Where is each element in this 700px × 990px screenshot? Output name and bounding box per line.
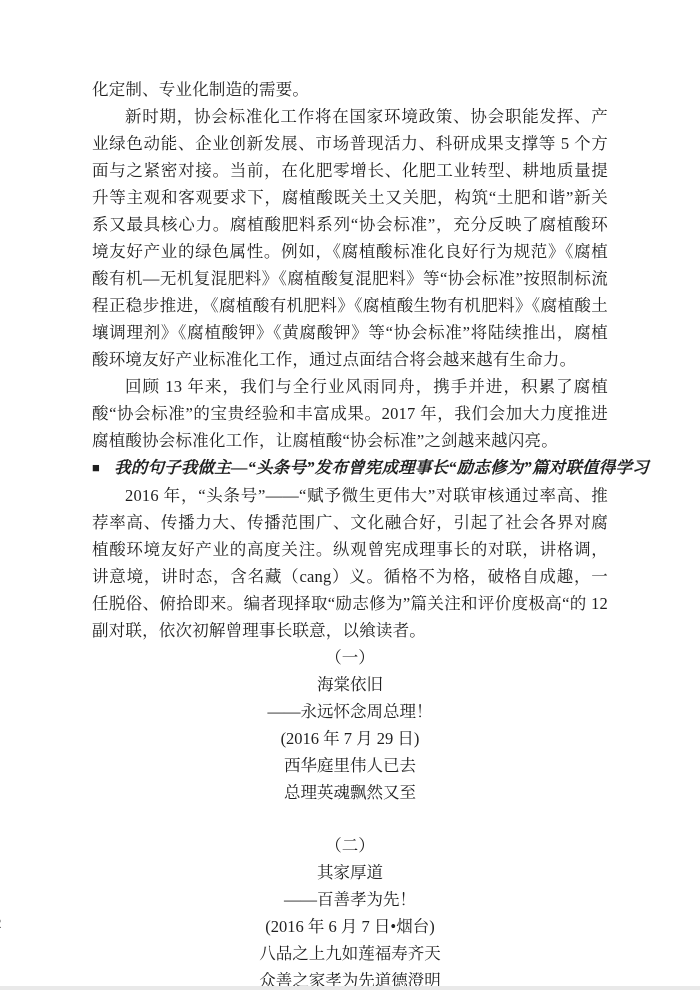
couplet-intro-block: 2016 年，“头条号”——“赋予微生更伟大”对联审核通过率高、推荐率高、传播力… <box>92 482 608 644</box>
couplet-date: (2016 年 7 月 29 日) <box>92 725 608 752</box>
scan-edge <box>0 986 700 990</box>
couplet-section-1: （一） 海棠依旧 ——永远怀念周总理！ (2016 年 7 月 29 日) 西华… <box>92 644 608 806</box>
paragraph-couplet-intro: 2016 年，“头条号”——“赋予微生更伟大”对联审核通过率高、推荐率高、传播力… <box>92 482 608 644</box>
couplet-section-2: （二） 其家厚道 ——百善孝为先！ (2016 年 6 月 7 日•烟台) 八品… <box>92 832 608 990</box>
couplet-line-lower: 总理英魂飘然又至 <box>92 779 608 806</box>
document-page: 化定制、专业化制造的需要。 新时期，协会标准化工作将在国家环境政策、协会职能发挥… <box>0 0 700 990</box>
couplet-title: 其家厚道 <box>92 859 608 886</box>
couplet-index: （一） <box>92 644 608 671</box>
square-bullet-icon: ■ <box>92 454 100 481</box>
couplet-dedication: ——永远怀念周总理！ <box>92 698 608 725</box>
couplet-dedication: ——百善孝为先！ <box>92 886 608 913</box>
paragraph-review: 回顾 13 年来，我们与全行业风雨同舟，携手并进，积累了腐植酸“协会标准”的宝贵… <box>92 373 608 454</box>
section-heading-text: 我的句子我做主—“头条号”发布曾宪成理事长“励志修为”篇对联值得学习 <box>114 454 649 481</box>
couplet-title: 海棠依旧 <box>92 671 608 698</box>
continuation-line: 化定制、专业化制造的需要。 <box>92 76 608 103</box>
couplet-date: (2016 年 6 月 7 日•烟台) <box>92 913 608 940</box>
section-heading: ■ 我的句子我做主—“头条号”发布曾宪成理事长“励志修为”篇对联值得学习 <box>92 454 608 482</box>
couplet-index: （二） <box>92 832 608 859</box>
couplet-line-upper: 西华庭里伟人已去 <box>92 752 608 779</box>
page-number: 2 <box>0 916 2 933</box>
main-text-block: 化定制、专业化制造的需要。 新时期，协会标准化工作将在国家环境政策、协会职能发挥… <box>92 76 608 454</box>
paragraph-standards: 新时期，协会标准化工作将在国家环境政策、协会职能发挥、产业绿色动能、企业创新发展… <box>92 103 608 373</box>
couplet-line-upper: 八品之上九如莲福寿齐天 <box>92 940 608 967</box>
